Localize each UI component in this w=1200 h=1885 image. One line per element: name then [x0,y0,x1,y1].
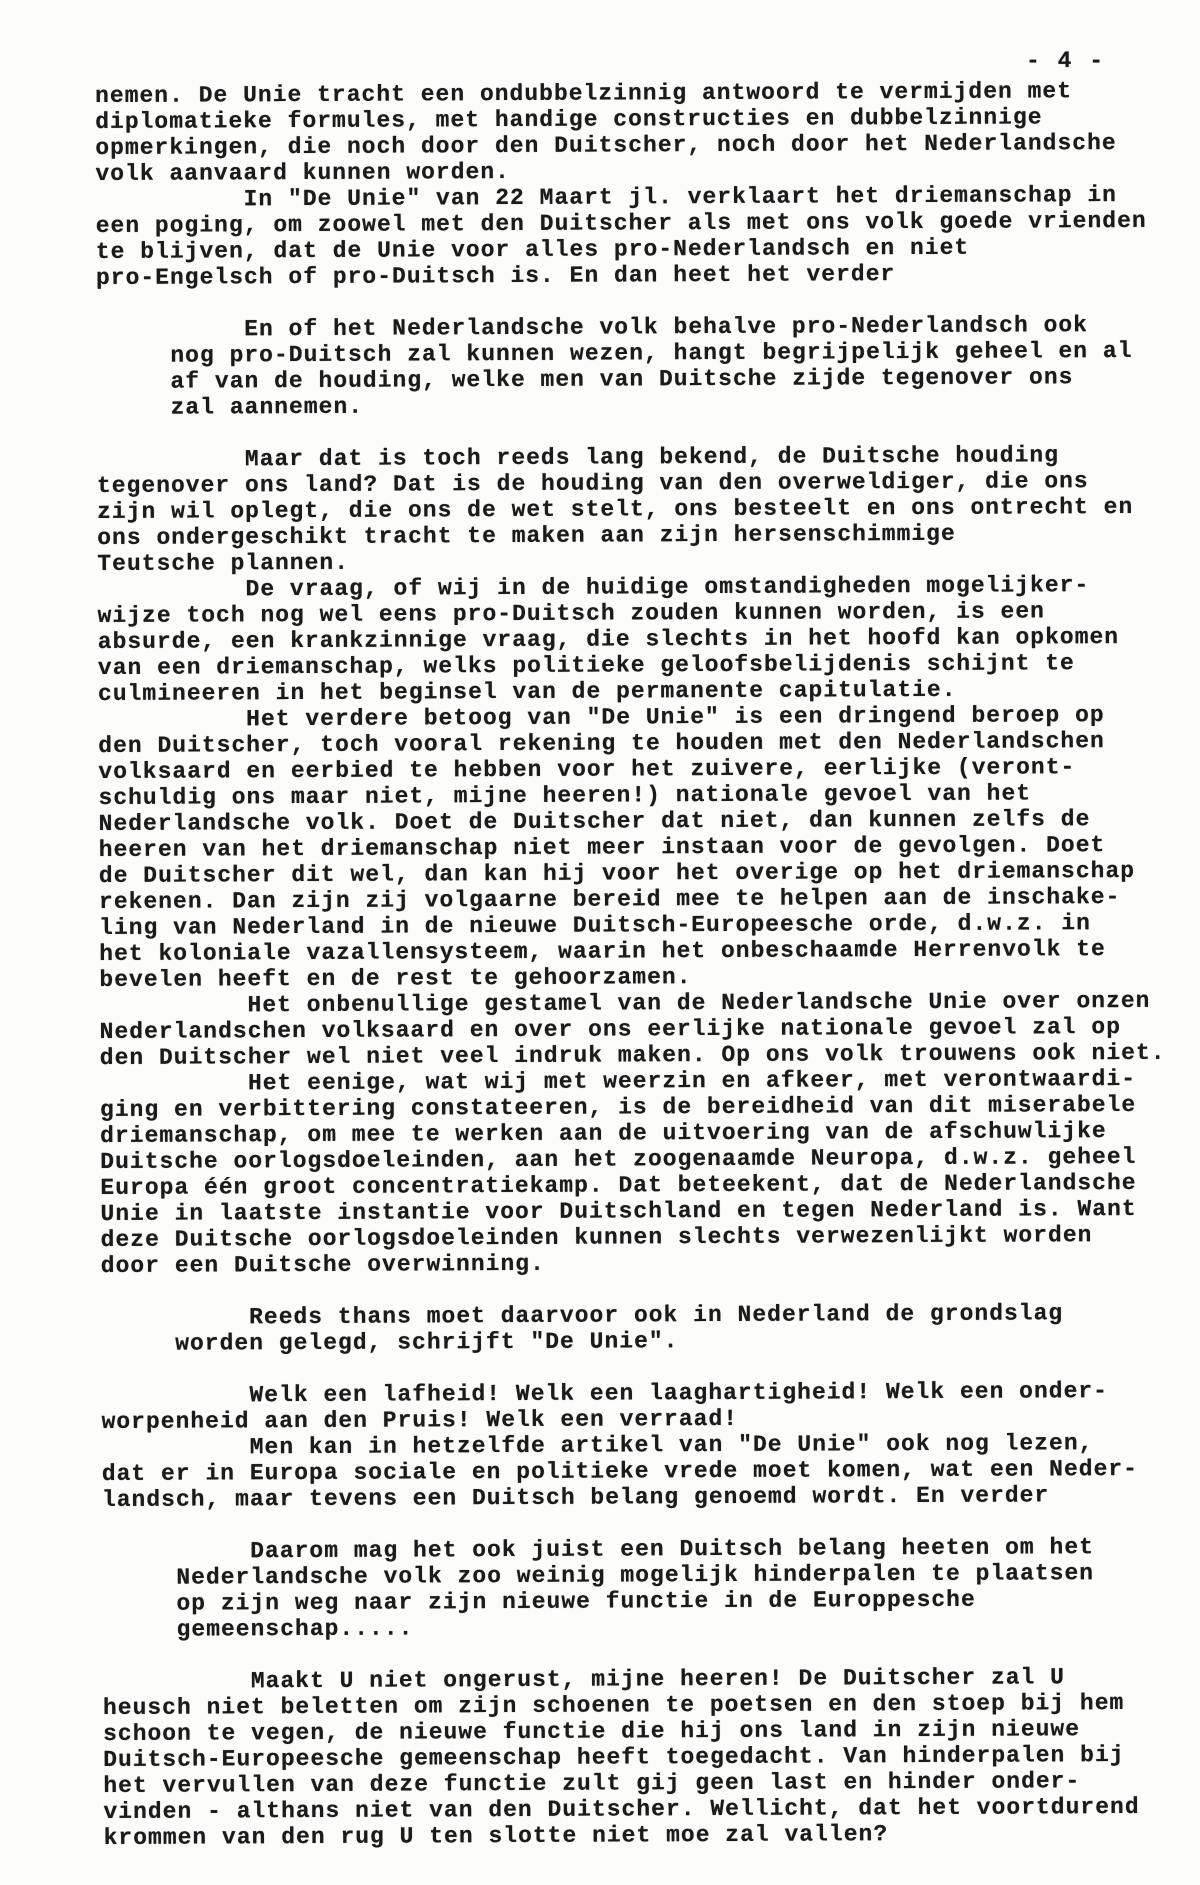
text-line: landsch, maar tevens een Duitsch belang … [102,1482,1182,1513]
text-line: opmerkingen, die noch door den Duitscher… [95,130,1175,161]
text-line: krommen van den rug U ten slotte niet mo… [104,1820,1184,1851]
text-line: Nederlandsche volk zoo weinig mogelijk h… [102,1560,1182,1591]
text-line: deze Duitsche oorlogsdoeleinden kunnen s… [101,1222,1181,1253]
text-line: Welk een lafheid! Welk een laaghartighei… [101,1378,1181,1409]
page-number: - 4 - [1026,48,1105,74]
text-line: van een driemanschap, welks politieke ge… [98,650,1178,681]
text-line: af van de houding, welke men van Duitsch… [96,364,1176,395]
text-line: het koloniale vazallensysteem, waarin he… [99,936,1179,967]
text-line: Reeds thans moet daarvoor ook in Nederla… [101,1300,1181,1331]
text-line: vinden - althans niet van den Duitscher.… [103,1794,1183,1825]
text-line: zijn wil oplegt, die ons de wet stelt, o… [97,494,1177,525]
document-body: nemen. De Unie tracht een ondubbelzinnig… [95,78,1184,1851]
text-line: een poging, om zoowel met den Duitscher … [96,208,1176,239]
document-page: - 4 - nemen. De Unie tracht een ondubbel… [0,0,1200,1885]
